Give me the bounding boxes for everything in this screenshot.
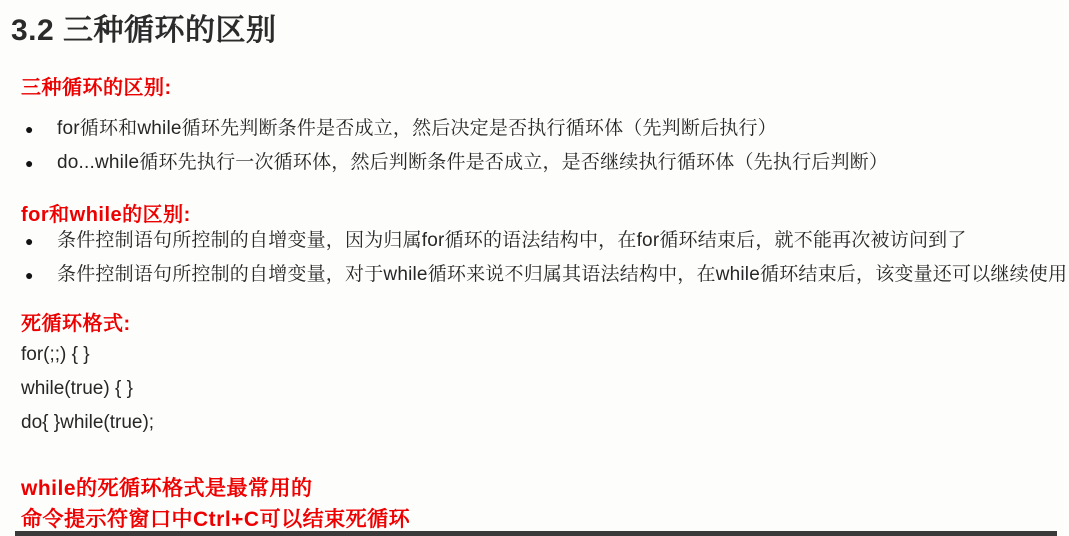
bullet-icon: ● [25, 118, 34, 140]
bullet-text: do...while循环先执行一次循环体，然后判断条件是否成立，是否继续执行循环… [57, 152, 888, 173]
section-heading-three-loop-differences: 三种循环的区别: [21, 71, 172, 100]
list-item: ● 条件控制语句所控制的自增变量，对于while循环来说不归属其语法结构中，在w… [0, 264, 1069, 286]
list-item: ● do...while循环先执行一次循环体，然后判断条件是否成立，是否继续执行… [0, 152, 1069, 174]
bullet-icon: ● [25, 152, 34, 174]
list-item: ● 条件控制语句所控制的自增变量，因为归属for循环的语法结构中，在for循环结… [0, 230, 1069, 252]
bullet-list-three-loop-differences: ● for循环和while循环先判断条件是否成立，然后决定是否执行循环体（先判断… [0, 118, 1069, 186]
footer-note-while-most-common: while的死循环格式是最常用的 [21, 473, 410, 504]
page-title: 3.2 三种循环的区别 [11, 5, 277, 49]
footer-notes: while的死循环格式是最常用的 命令提示符窗口中Ctrl+C可以结束死循环 [21, 473, 410, 535]
bullet-text: 条件控制语句所控制的自增变量，因为归属for循环的语法结构中，在for循环结束后… [57, 230, 967, 251]
bullet-list-for-vs-while: ● 条件控制语句所控制的自增变量，因为归属for循环的语法结构中，在for循环结… [0, 230, 1069, 298]
bullet-text: 条件控制语句所控制的自增变量，对于while循环来说不归属其语法结构中，在whi… [57, 264, 1067, 285]
section-heading-for-vs-while: for和while的区别: [21, 198, 191, 227]
document-page: 3.2 三种循环的区别 三种循环的区别: ● for循环和while循环先判断条… [0, 0, 1069, 536]
bottom-divider-bar [15, 531, 1057, 536]
list-item: ● for循环和while循环先判断条件是否成立，然后决定是否执行循环体（先判断… [0, 118, 1069, 140]
code-line-for: for(;;) { } [21, 338, 154, 372]
code-line-do-while: do{ }while(true); [21, 406, 154, 440]
bullet-icon: ● [25, 230, 34, 252]
bullet-text: for循环和while循环先判断条件是否成立，然后决定是否执行循环体（先判断后执… [57, 118, 777, 139]
section-heading-infinite-loop-format: 死循环格式: [21, 307, 131, 336]
code-line-while: while(true) { } [21, 372, 154, 406]
bullet-icon: ● [25, 264, 34, 286]
code-block-infinite-loops: for(;;) { } while(true) { } do{ }while(t… [21, 338, 154, 440]
